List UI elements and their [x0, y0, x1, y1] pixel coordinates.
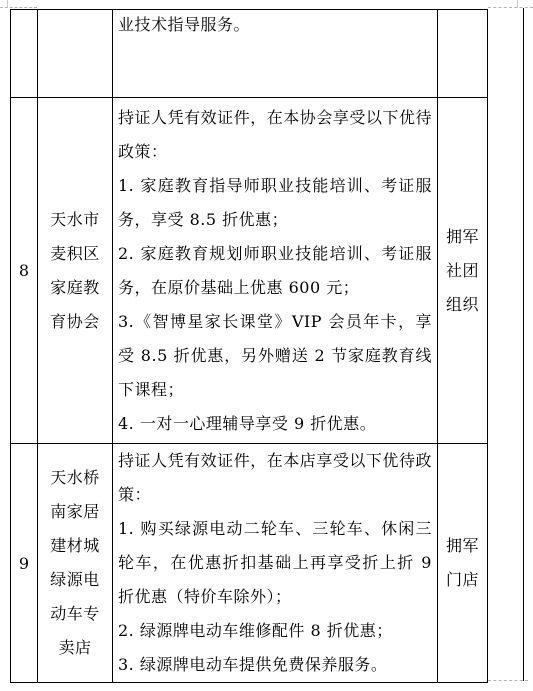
policy-content-cell: 业技术指导服务。	[113, 10, 438, 98]
policy-content-cell: 持证人凭有效证件，在本协会享受以下优待政策：1. 家庭教育指导师职业技能培训、考…	[113, 98, 438, 444]
organization-cell: 天水市麦积区家庭教育协会	[38, 98, 113, 444]
category-cell: 拥军门店	[438, 444, 488, 683]
organization-cell: 天水桥南家居建材城绿源电动车专卖店	[38, 444, 113, 683]
row-number-cell: 8	[11, 98, 38, 444]
text-boundary-dash-bottom-right	[488, 680, 528, 681]
text-boundary-tick-right	[517, 0, 518, 8]
category-cell	[438, 10, 488, 98]
table-row-continuation: 业技术指导服务。	[11, 10, 488, 98]
text-boundary-dash-top-right	[488, 7, 533, 8]
document-page: 业技术指导服务。 8 天水市麦积区家庭教育协会 持证人凭有效证件，在本协会享受以…	[0, 0, 533, 691]
text-boundary-tick-left	[7, 0, 8, 7]
text-boundary-dash-top-left	[0, 7, 37, 8]
table-row-8: 8 天水市麦积区家庭教育协会 持证人凭有效证件，在本协会享受以下优待政策：1. …	[11, 98, 488, 444]
preferential-policy-table: 业技术指导服务。 8 天水市麦积区家庭教育协会 持证人凭有效证件，在本协会享受以…	[10, 9, 488, 683]
table-row-9: 9 天水桥南家居建材城绿源电动车专卖店 持证人凭有效证件，在本店享受以下优待政策…	[11, 444, 488, 683]
page-right-border-line	[523, 8, 524, 681]
organization-cell	[38, 10, 113, 98]
row-number-cell: 9	[11, 444, 38, 683]
policy-content-cell: 持证人凭有效证件，在本店享受以下优待政策：1. 购买绿源电动二轮车、三轮车、休闲…	[113, 444, 438, 683]
row-number-cell	[11, 10, 38, 98]
category-cell: 拥军社团组织	[438, 98, 488, 444]
